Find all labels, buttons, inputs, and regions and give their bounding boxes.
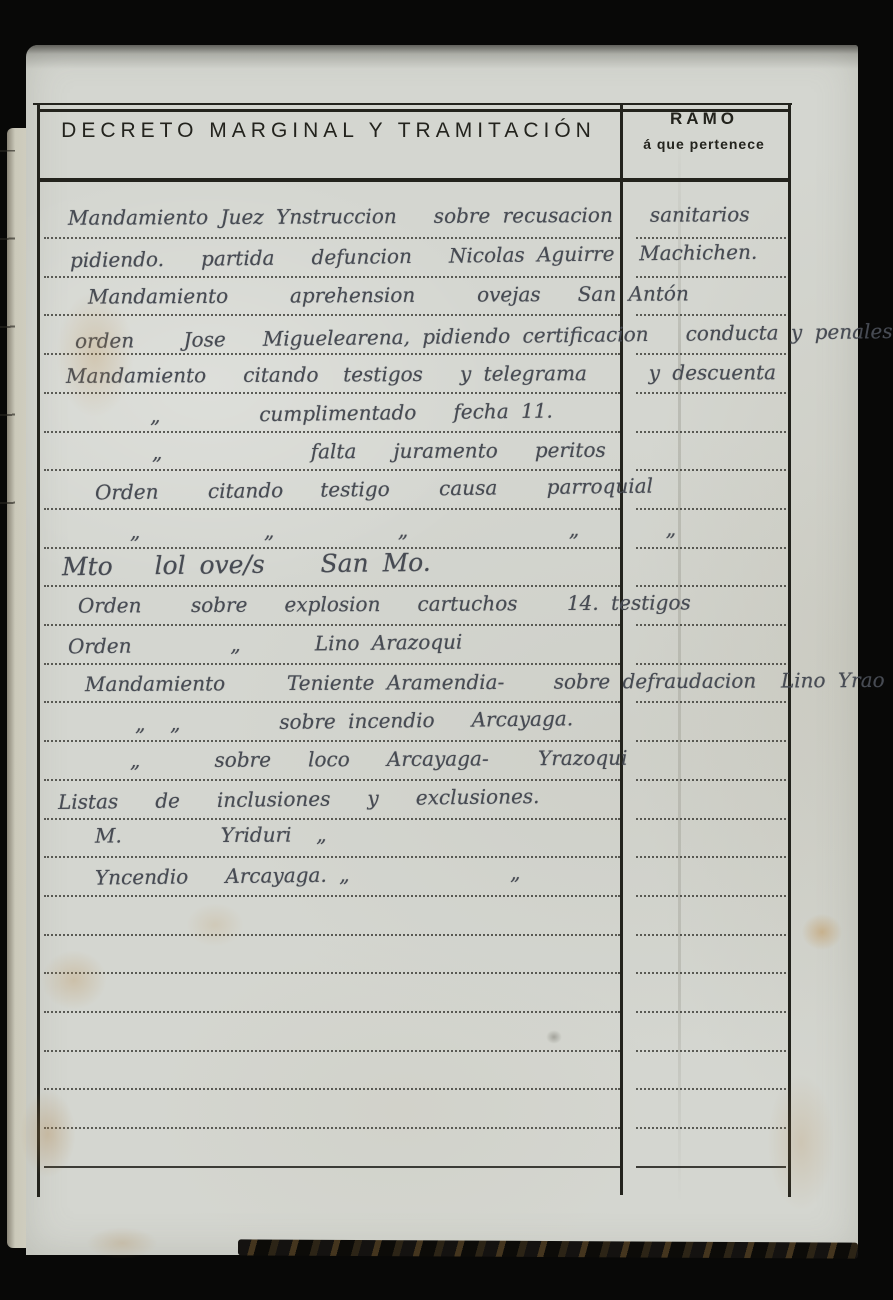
ruled-line	[636, 314, 786, 316]
ruled-line	[44, 1166, 620, 1168]
ramo-column-header: RAMO á que pertenece	[620, 109, 788, 152]
handwritten-entry: „ cumplimentado fecha 11.	[150, 399, 553, 428]
table-right-border	[788, 104, 791, 1197]
ruled-line	[44, 1088, 620, 1090]
ruled-line	[636, 663, 786, 665]
handwritten-entry: Mandamiento citando testigos y telegrama…	[66, 360, 776, 388]
ruled-line	[636, 353, 786, 355]
ruled-line	[44, 934, 620, 936]
handwritten-entry: „ „ sobre incendio Arcayaga.	[135, 706, 573, 735]
main-column-title: DECRETO MARGINAL Y TRAMITACIÓN	[37, 119, 620, 143]
ruled-line	[44, 779, 620, 781]
ruled-line	[44, 818, 620, 820]
ruled-line	[44, 663, 620, 665]
ruled-line	[636, 585, 786, 587]
ruled-line	[636, 818, 786, 820]
ruled-line	[636, 431, 786, 433]
handwritten-entry: Mandamiento aprehension ovejas San Antón	[88, 281, 689, 308]
handwritten-entry: „ „ „ „ „	[130, 517, 676, 544]
paper-stain	[41, 950, 107, 1010]
underlying-page-line-marks	[0, 150, 15, 580]
handwritten-entry: Orden citando testigo causa parroquial	[95, 474, 653, 505]
ruled-line	[636, 1050, 786, 1052]
handwritten-entry: „ falta juramento peritos	[152, 438, 606, 464]
ruled-line	[636, 701, 786, 703]
ruled-line	[636, 624, 786, 626]
paper-speck	[546, 1030, 562, 1044]
ruled-line	[44, 1050, 620, 1052]
ruled-line	[44, 740, 620, 742]
ruled-line	[636, 1166, 786, 1168]
ruled-line	[636, 779, 786, 781]
ruled-line	[44, 237, 620, 239]
ramo-title: RAMO	[620, 109, 788, 129]
column-divider	[620, 104, 623, 1195]
handwritten-entry: M. Yriduri „	[95, 822, 327, 847]
ruled-line	[636, 1088, 786, 1090]
binding-shadow	[26, 45, 858, 71]
header-bottom-rule	[37, 178, 788, 182]
ruled-line	[636, 856, 786, 858]
ruled-line	[44, 624, 620, 626]
handwritten-entry: Orden „ Lino Arazoqui	[68, 630, 463, 659]
ruled-line	[44, 276, 620, 278]
ruled-line	[44, 701, 620, 703]
handwritten-entry: Mandamiento Teniente Aramendia- sobre de…	[85, 668, 885, 696]
ruled-line	[44, 469, 620, 471]
ruled-line	[636, 508, 786, 510]
ruled-line	[44, 1127, 620, 1129]
ruled-line	[44, 856, 620, 858]
handwritten-entry: Orden sobre explosion cartuchos 14. test…	[78, 590, 691, 617]
ruled-line	[44, 392, 620, 394]
ramo-subtitle: á que pertenece	[620, 136, 788, 152]
ruled-line	[44, 508, 620, 510]
paper-stain	[20, 1090, 76, 1178]
table-left-border	[37, 104, 40, 1197]
ruled-line	[44, 895, 620, 897]
book-scan: DECRETO MARGINAL Y TRAMITACIÓN RAMO á qu…	[0, 0, 893, 1300]
handwritten-entry: pidiendo. partida defuncion Nicolas Agui…	[70, 240, 758, 272]
paper-stain	[186, 903, 244, 947]
paper-stain	[86, 1227, 158, 1259]
ruled-line	[44, 972, 620, 974]
header-outer-top-rule	[33, 103, 792, 105]
ruled-line	[636, 469, 786, 471]
handwritten-entry: orden Jose Miguelearena, pidiendo certif…	[75, 319, 893, 353]
handwritten-entry: Yncendio Arcayaga. „ „	[95, 860, 521, 889]
ruled-line	[44, 1011, 620, 1013]
ruled-line	[636, 740, 786, 742]
ruled-line	[636, 1011, 786, 1013]
ruled-line	[636, 392, 786, 394]
ruled-line	[636, 1127, 786, 1129]
handwritten-entry: Mandamiento Juez Ynstruccion sobre recus…	[68, 202, 750, 230]
handwritten-entry: „ sobre loco Arcayaga- Yrazoqui	[130, 746, 628, 773]
handwritten-entry: Listas de inclusiones y exclusiones.	[58, 784, 540, 814]
paper-stain	[768, 1075, 834, 1210]
paper-stain	[801, 913, 843, 951]
ruled-line	[636, 276, 786, 278]
ruled-line	[636, 972, 786, 974]
page-bottom-marbled-edge	[238, 1239, 858, 1258]
ruled-line	[636, 895, 786, 897]
ruled-line	[44, 585, 620, 587]
ruled-line	[636, 934, 786, 936]
ruled-line	[636, 237, 786, 239]
handwritten-entry: Mto lol ove/s San Mo.	[62, 548, 431, 582]
ledger-page: DECRETO MARGINAL Y TRAMITACIÓN RAMO á qu…	[26, 45, 858, 1255]
ruled-line	[44, 353, 620, 355]
ruled-line	[44, 431, 620, 433]
ruled-line	[44, 314, 620, 316]
ruled-line	[636, 547, 786, 549]
